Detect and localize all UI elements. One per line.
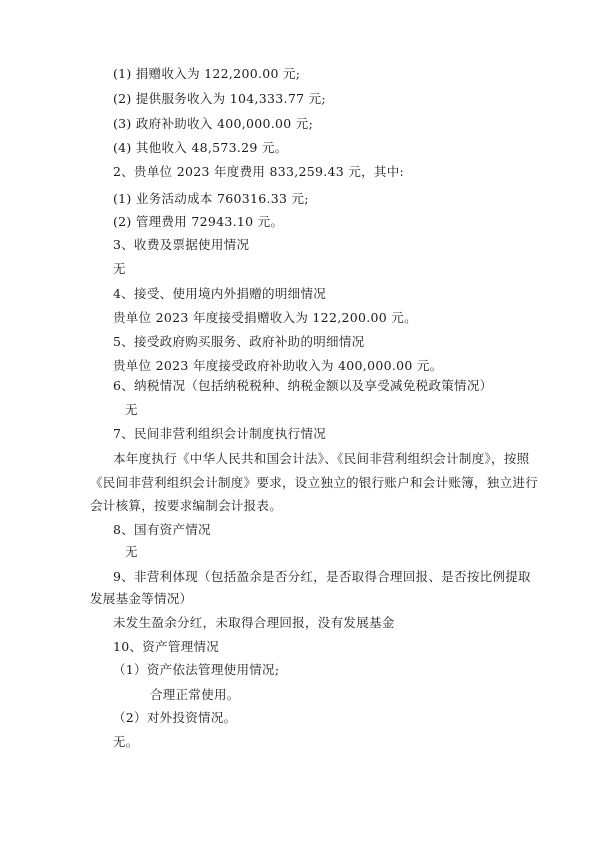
text-line: 7、民间非营利组织会计制度执行情况 <box>113 426 326 442</box>
text-line: (3) 政府补助收入 400,000.00 元; <box>113 116 313 132</box>
text-line: 9、非营利体现（包括盈余是否分红，是否取得合理回报、是否按比例提取 <box>113 569 531 585</box>
text-line: 8、国有资产情况 <box>113 522 211 538</box>
text-line: 贵单位 2023 年度接受政府补助收入为 400,000.00 元。 <box>113 358 442 374</box>
text-line: (2) 提供服务收入为 104,333.77 元; <box>113 91 326 107</box>
text-line: 无 <box>125 402 138 418</box>
text-line: (2) 管理费用 72943.10 元。 <box>113 214 283 230</box>
text-line: 5、接受政府购买服务、政府补助的明细情况 <box>113 334 364 350</box>
text-line: 贵单位 2023 年度接受捐赠收入为 122,200.00 元。 <box>113 310 417 326</box>
text-line: 无。 <box>113 734 139 750</box>
text-line: (4) 其他收入 48,573.29 元。 <box>113 140 288 156</box>
text-line: 3、收费及票据使用情况 <box>113 237 249 253</box>
text-line: 未发生盈余分红，未取得合理回报，没有发展基金 <box>113 615 395 631</box>
text-line: 本年度执行《中华人民共和国会计法》、《民间非营利组织会计制度》，按照 <box>113 451 529 467</box>
text-line: 会计核算，按要求编制会计报表。 <box>90 498 282 514</box>
text-line: 6、纳税情况（包括纳税税种、纳税金额以及享受减免税政策情况） <box>113 378 492 394</box>
text-line: （1）资产依法管理使用情况; <box>113 662 279 678</box>
text-line: (1) 业务活动成本 760316.33 元; <box>113 191 309 207</box>
text-line: 无 <box>113 261 126 277</box>
text-line: 无 <box>125 544 138 560</box>
text-line: (1) 捐赠收入为 122,200.00 元; <box>113 66 300 82</box>
text-line: （2）对外投资情况。 <box>113 710 236 726</box>
text-line: 2、贵单位 2023 年度费用 833,259.43 元，其中: <box>113 164 404 180</box>
text-line: 10、资产管理情况 <box>113 639 219 655</box>
text-line: 发展基金等情况） <box>90 591 192 607</box>
text-line: 4、接受、使用境内外捐赠的明细情况 <box>113 286 326 302</box>
text-line: 合理正常使用。 <box>150 687 240 703</box>
text-line: 《民间非营利组织会计制度》要求，设立独立的银行账户和会计账簿，独立进行 <box>90 475 538 491</box>
